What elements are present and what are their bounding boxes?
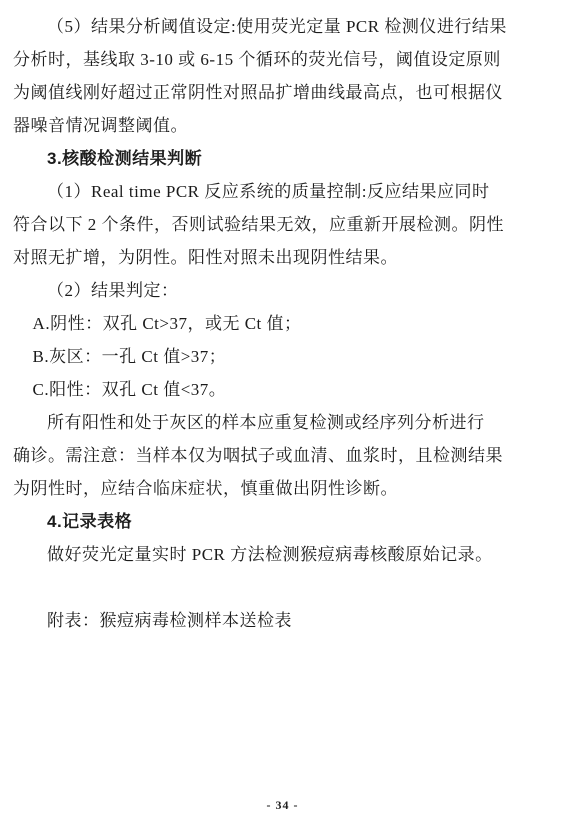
para-confirm-line-3: 为阴性时，应结合临床症状，慎重做出阴性诊断。 bbox=[13, 472, 550, 505]
appendix-reference: 附表：猴痘病毒检测样本送检表 bbox=[13, 604, 550, 637]
item-positive: C.阳性：双孔 Ct 值<37。 bbox=[13, 373, 550, 406]
para-quality-control-line-2: 符合以下 2 个条件，否则试验结果无效，应重新开展检测。阴性 bbox=[13, 208, 550, 241]
para-confirm-line-1: 所有阳性和处于灰区的样本应重复检测或经序列分析进行 bbox=[13, 406, 550, 439]
item-grey-zone: B.灰区：一孔 Ct 值>37； bbox=[13, 340, 550, 373]
para-threshold-line-3: 为阈值线刚好超过正常阴性对照品扩增曲线最高点，也可根据仪 bbox=[13, 76, 550, 109]
para-result-judgement: （2）结果判定： bbox=[13, 274, 550, 307]
para-quality-control-line-3: 对照无扩增，为阴性。阳性对照未出现阴性结果。 bbox=[13, 241, 550, 274]
document-page: （5）结果分析阈值设定:使用荧光定量 PCR 检测仪进行结果分析时，基线取 3-… bbox=[0, 0, 565, 829]
blank-line bbox=[13, 571, 550, 604]
para-confirm-line-2: 确诊。需注意：当样本仅为咽拭子或血清、血浆时，且检测结果 bbox=[13, 439, 550, 472]
para-threshold-line-4: 器噪音情况调整阈值。 bbox=[13, 109, 550, 142]
para-threshold-line-2: 分析时，基线取 3-10 或 6-15 个循环的荧光信号，阈值设定原则 bbox=[13, 43, 550, 76]
para-threshold-line-1: （5）结果分析阈值设定:使用荧光定量 PCR 检测仪进行结果 bbox=[13, 10, 550, 43]
para-quality-control-line-1: （1）Real time PCR 反应系统的质量控制:反应结果应同时 bbox=[13, 175, 550, 208]
para-record: 做好荧光定量实时 PCR 方法检测猴痘病毒核酸原始记录。 bbox=[13, 538, 550, 571]
item-negative: A.阴性：双孔 Ct>37，或无 Ct 值； bbox=[13, 307, 550, 340]
section-4-heading: 4.记录表格 bbox=[13, 505, 550, 538]
section-3-heading: 3.核酸检测结果判断 bbox=[13, 142, 550, 175]
page-number: - 34 - bbox=[0, 798, 565, 813]
document-body: （5）结果分析阈值设定:使用荧光定量 PCR 检测仪进行结果分析时，基线取 3-… bbox=[13, 10, 550, 637]
